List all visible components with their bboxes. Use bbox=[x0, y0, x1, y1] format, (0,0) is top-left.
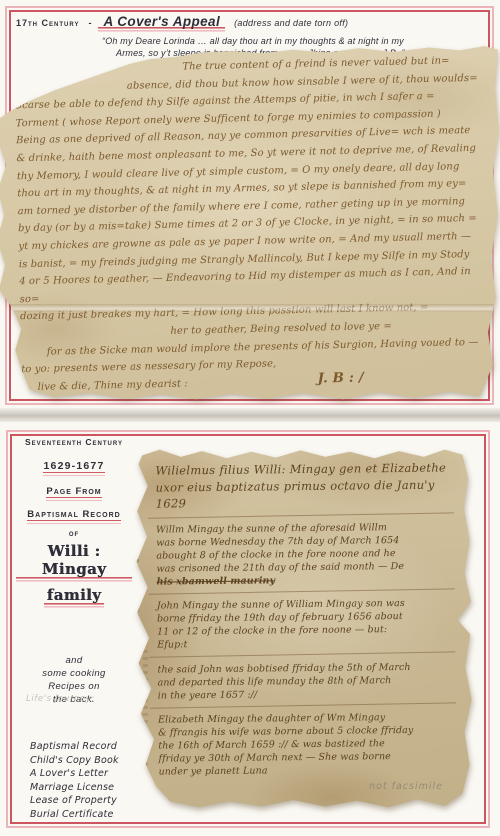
record-line: under ye planett Luna bbox=[158, 762, 456, 778]
contents-item: Baptismal Record bbox=[30, 740, 119, 754]
pencil-note-facsimile: not facsimile bbox=[369, 781, 443, 792]
of-label: of bbox=[16, 529, 132, 538]
hand-drawn-rule bbox=[149, 652, 455, 659]
torn-paper: The true content of a freind is never va… bbox=[0, 44, 500, 400]
record-entry: Willm Mingay the sunne of the aforesaid … bbox=[156, 520, 455, 594]
subtitle-page-from: Page From bbox=[46, 486, 101, 501]
contents-item: A Lover's Letter bbox=[30, 767, 119, 781]
record-entry: Wilielmus filius Willi: Mingay gen et El… bbox=[155, 459, 454, 517]
contents-list: Baptismal RecordChild's Copy BookA Lover… bbox=[30, 740, 119, 821]
side-note-line: some cooking bbox=[16, 667, 132, 680]
era-heading: Seventeenth Century bbox=[16, 437, 132, 447]
contents-item: Child's Copy Book bbox=[30, 754, 119, 768]
letter-handwriting: The true content of a freind is never va… bbox=[14, 52, 487, 395]
contents-item: Marriage License bbox=[30, 781, 119, 795]
years-range: 1629-1677 bbox=[43, 460, 104, 476]
side-note-line: Recipes on bbox=[16, 680, 132, 693]
title-note: (address and date torn off) bbox=[234, 18, 348, 28]
contents-item: Burial Certificate bbox=[30, 808, 119, 822]
scrapbook-scan: 17th Century-A Cover's Appeal(address an… bbox=[0, 0, 500, 836]
album-page-bottom: Seventeenth Century 1629-1677 Page From … bbox=[0, 422, 500, 836]
family-name: Willi : Mingay bbox=[16, 542, 132, 582]
page-divider bbox=[0, 408, 500, 422]
caption-sidebar: Seventeenth Century 1629-1677 Page From … bbox=[16, 437, 132, 706]
record-line: in the yeare 1657 :// bbox=[158, 686, 456, 702]
subtitle-baptismal-record: Baptismal Record bbox=[27, 509, 120, 524]
pencil-note-lifes-journey: Life's Journey; bbox=[26, 694, 95, 704]
hand-drawn-rule bbox=[150, 702, 456, 709]
record-entry: Elizabeth Mingay the daughter of Wm Ming… bbox=[158, 710, 457, 778]
record-entry: John Mingay the sunne of William Mingay … bbox=[157, 597, 456, 658]
hand-drawn-rule bbox=[149, 588, 455, 595]
marginal-scribble bbox=[143, 646, 148, 786]
family-name-family: family bbox=[44, 586, 105, 608]
contents-item: Lease of Property bbox=[30, 794, 119, 808]
record-line: uxor eius baptizatus primus octavo die J… bbox=[155, 476, 453, 512]
album-page-top: 17th Century-A Cover's Appeal(address an… bbox=[0, 0, 500, 408]
page-title: A Cover's Appeal bbox=[98, 14, 225, 32]
era-dash: - bbox=[88, 18, 91, 28]
record-line: his xbamwell mauriny bbox=[157, 572, 455, 588]
record-entries: Wilielmus filius Willi: Mingay gen et El… bbox=[155, 459, 456, 784]
side-note-line: and bbox=[16, 654, 132, 667]
lovers-letter-paper: The true content of a freind is never va… bbox=[0, 44, 500, 400]
hand-drawn-rule bbox=[148, 512, 454, 519]
record-line: Efup:t bbox=[157, 636, 455, 652]
era-label: 17th Century bbox=[16, 18, 79, 28]
baptismal-record-paper: Wilielmus filius Willi: Mingay gen et El… bbox=[121, 446, 473, 808]
marginal-scribble bbox=[134, 541, 139, 681]
torn-paper: Wilielmus filius Willi: Mingay gen et El… bbox=[121, 446, 473, 808]
record-entry: the said John was bobtised ffriday the 5… bbox=[157, 660, 455, 708]
